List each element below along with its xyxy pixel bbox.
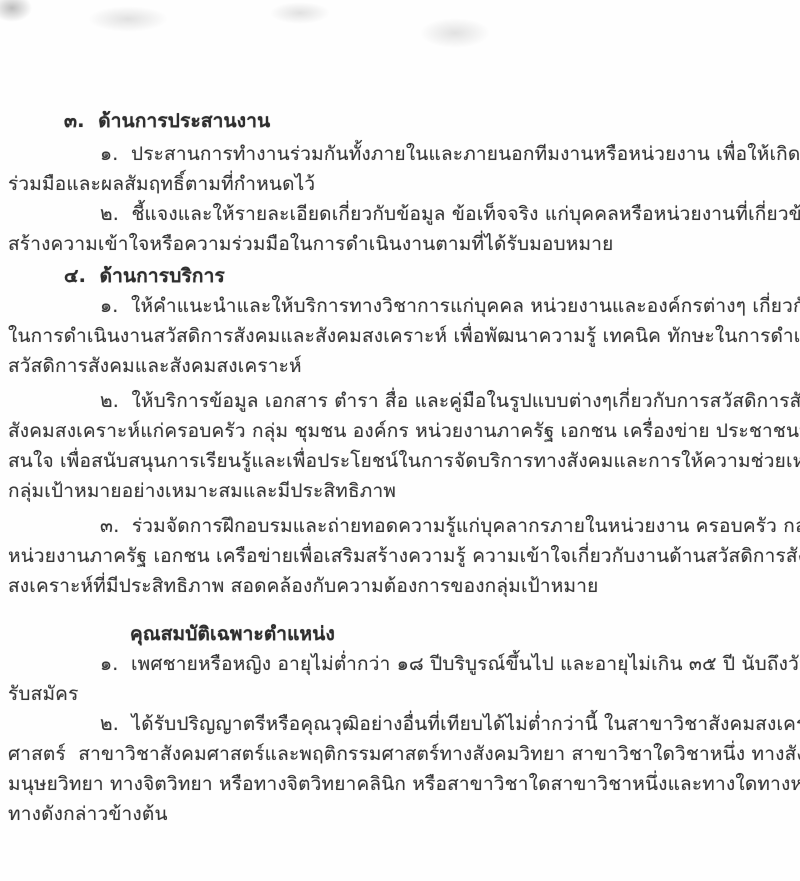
scan-artifact xyxy=(88,6,168,32)
scan-artifact xyxy=(270,2,330,24)
service-item3-line2: หน่วยงานภาครัฐ เอกชน เครือข่ายเพื่อเสริม… xyxy=(8,541,800,571)
service-item2-line4: กลุ่มเป้าหมายอย่างเหมาะสมและมีประสิทธิภา… xyxy=(8,476,396,506)
scanned-document-page: ๓. ด้านการประสานงาน ๑. ประสานการทำงานร่ว… xyxy=(0,0,800,881)
service-item1-line1: ๑. ให้คำแนะนำและให้บริการทางวิชาการแก่บุ… xyxy=(100,291,800,321)
coordination-item2-line2: สร้างความเข้าใจหรือความร่วมมือในการดำเนิ… xyxy=(8,229,613,259)
service-item2-line2: สังคมสงเคราะห์แก่ครอบครัว กลุ่ม ชุมชน อง… xyxy=(8,416,800,446)
service-item2-line3: สนใจ เพื่อสนับสนุนการเรียนรู้และเพื่อประ… xyxy=(8,446,800,476)
qualifications-item1-line2: รับสมัคร xyxy=(8,679,79,709)
qualifications-item2-line2: ศาสตร์ สาขาวิชาสังคมศาสตร์และพฤติกรรมศาส… xyxy=(8,739,800,769)
service-item1-line3: สวัสดิการสังคมและสังคมสงเคราะห์ xyxy=(8,351,302,381)
qualifications-item2-line4: ทางดังกล่าวข้างต้น xyxy=(8,799,168,829)
section-coordination-heading: ๓. ด้านการประสานงาน xyxy=(64,106,270,136)
coordination-item1-line2: ร่วมมือและผลสัมฤทธิ์ตามที่กำหนดไว้ xyxy=(8,169,315,199)
service-item1-line2: ในการดำเนินงานสวัสดิการสังคมและสังคมสงเค… xyxy=(8,321,800,351)
section-service-heading: ๔. ด้านการบริการ xyxy=(64,261,225,291)
coordination-item2-line1: ๒. ชี้แจงและให้รายละเอียดเกี่ยวกับข้อมูล… xyxy=(100,199,800,229)
qualifications-heading: คุณสมบัติเฉพาะตำแหน่ง xyxy=(130,619,335,649)
qualifications-item2-line3: มนุษยวิทยา ทางจิตวิทยา หรือทางจิตวิทยาคล… xyxy=(8,769,800,799)
coordination-item1-line1: ๑. ประสานการทำงานร่วมกันทั้งภายในและภายน… xyxy=(100,139,800,169)
scan-artifact xyxy=(0,0,32,22)
scan-artifact xyxy=(420,18,490,48)
service-item3-line3: สงเคราะห์ที่มีประสิทธิภาพ สอดคล้องกับควา… xyxy=(8,571,598,601)
service-item3-line1: ๓. ร่วมจัดการฝึกอบรมและถ่ายทอดความรู้แก่… xyxy=(100,511,800,541)
service-item2-line1: ๒. ให้บริการข้อมูล เอกสาร ตำรา สื่อ และค… xyxy=(100,386,800,416)
qualifications-item1-line1: ๑. เพศชายหรือหญิง อายุไม่ต่ำกว่า ๑๘ ปีบร… xyxy=(100,649,800,679)
qualifications-item2-line1: ๒. ได้รับปริญญาตรีหรือคุณวุฒิอย่างอื่นที… xyxy=(100,709,800,739)
